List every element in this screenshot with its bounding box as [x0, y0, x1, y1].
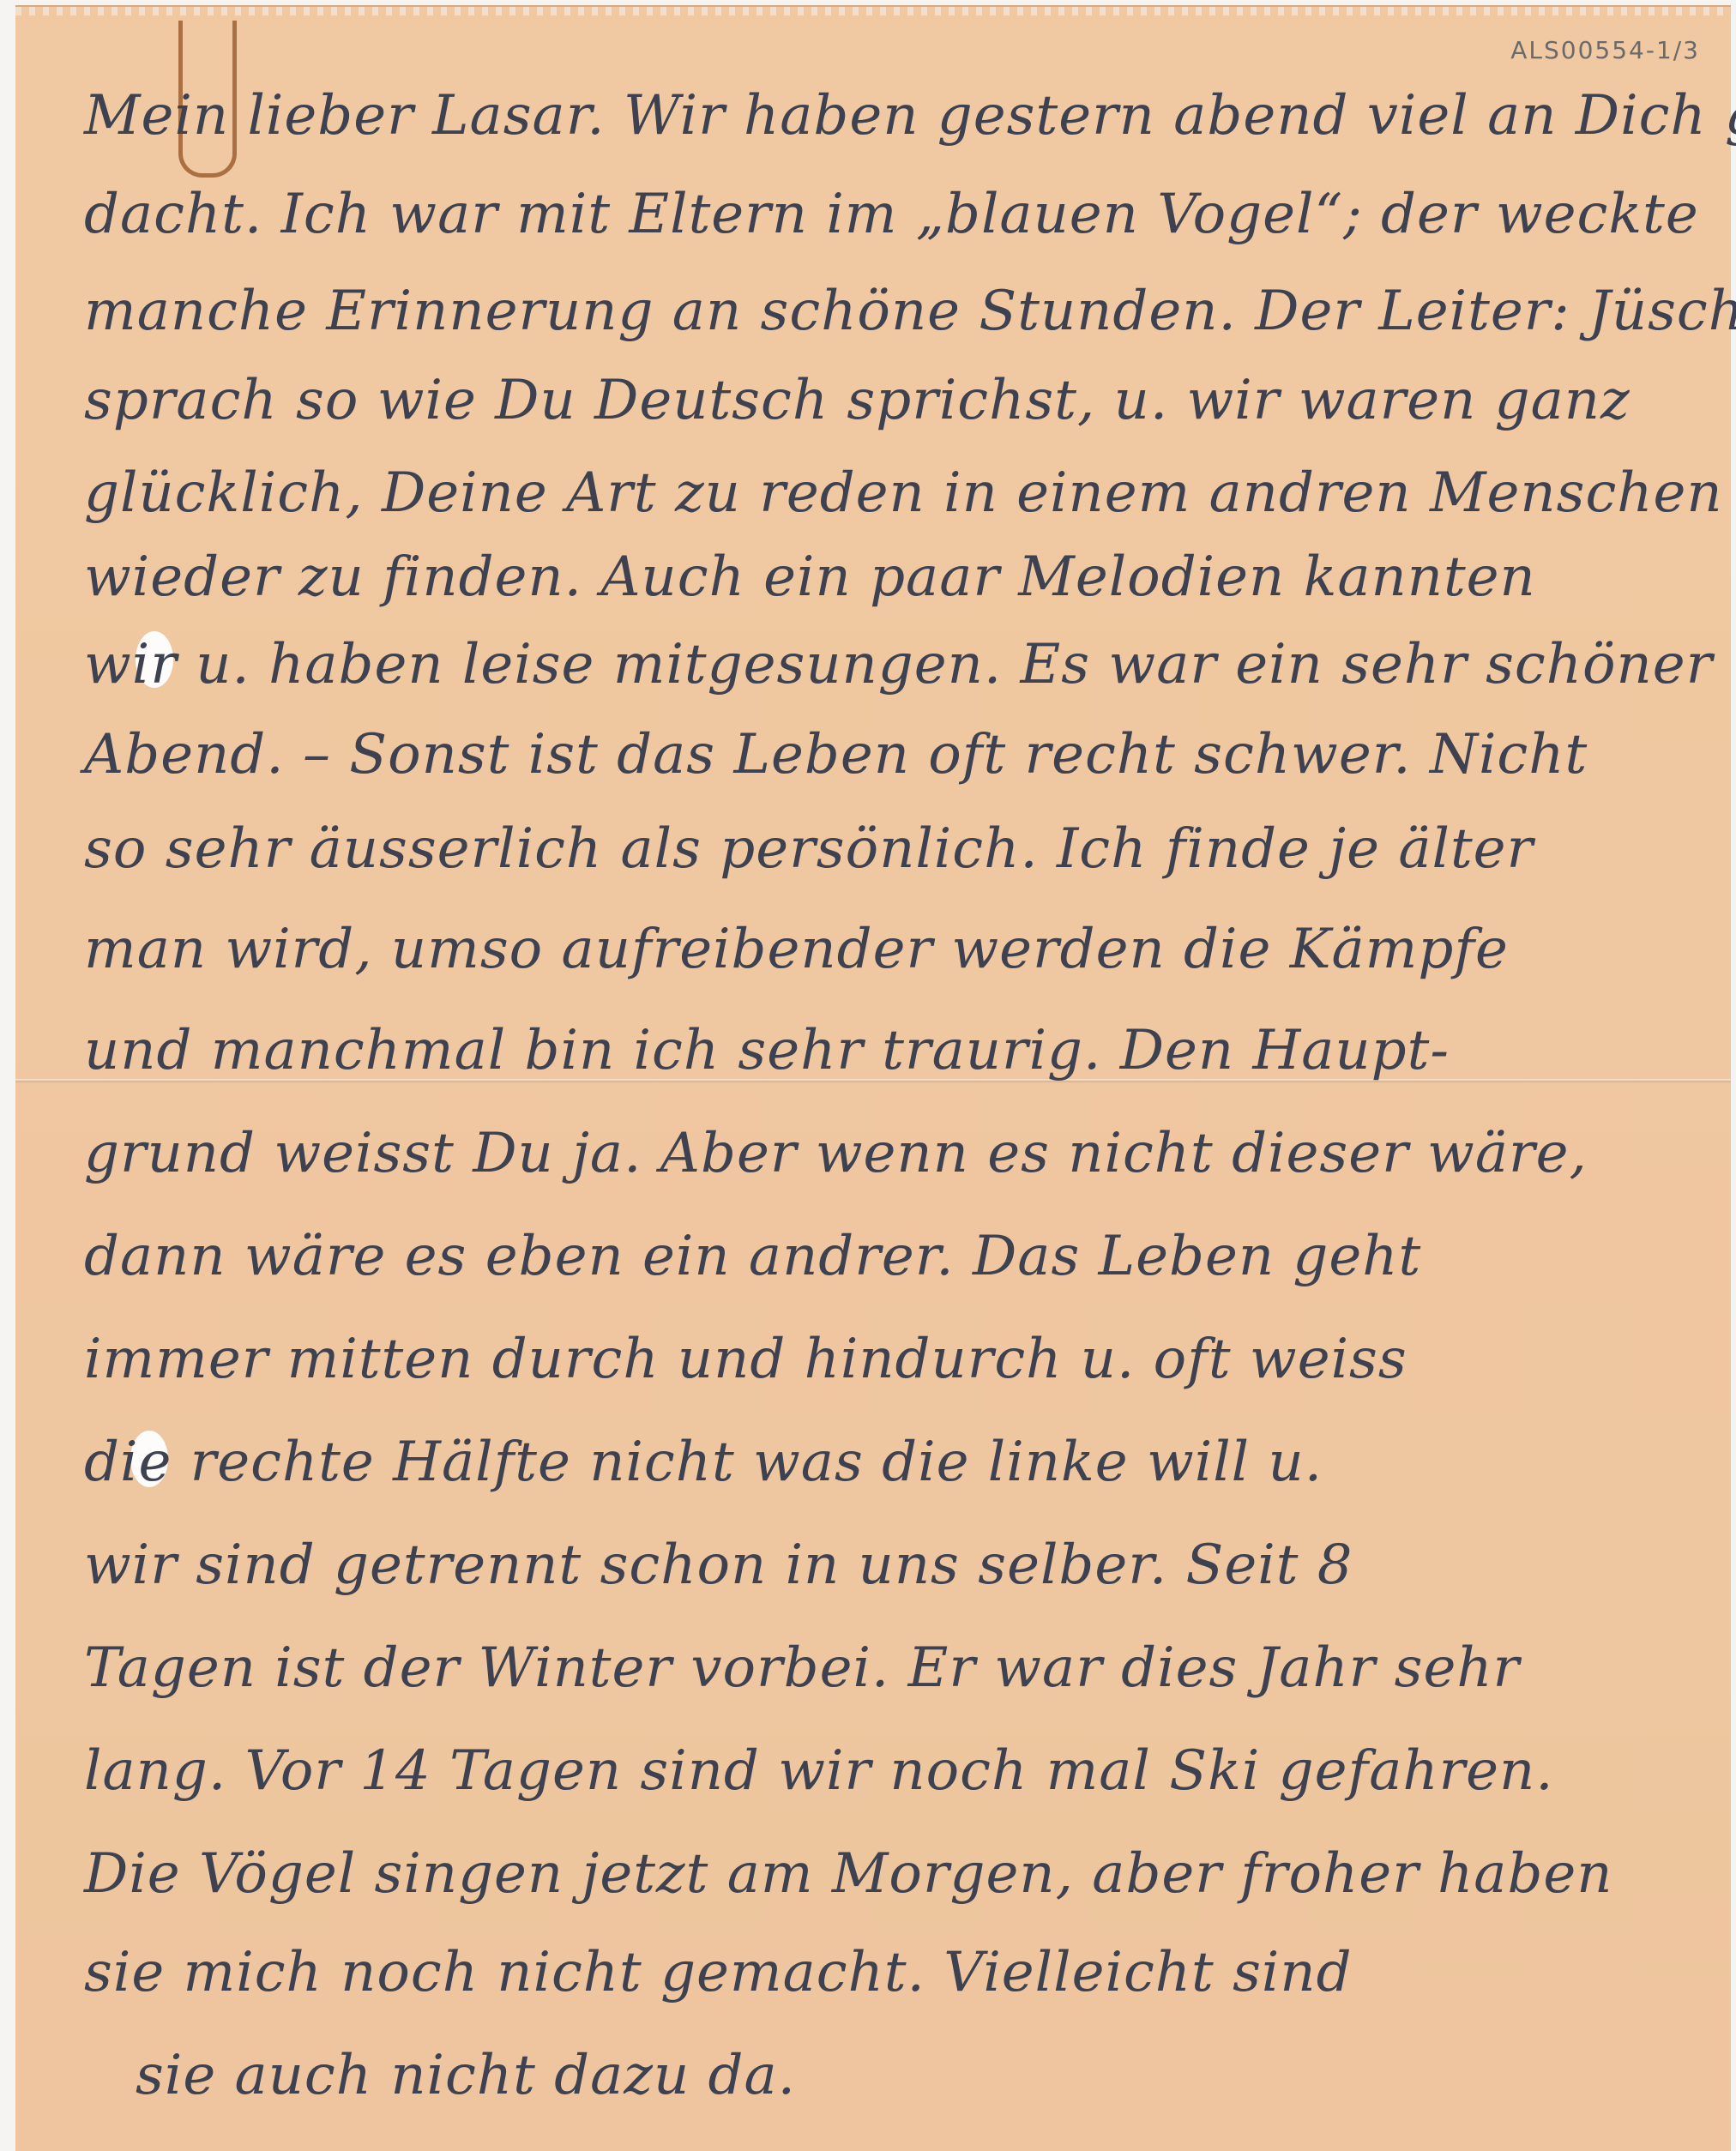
letter-line: sie auch nicht dazu da. — [136, 2044, 796, 2107]
letter-line: sprach so wie Du Deutsch sprichst, u. wi… — [84, 369, 1631, 432]
archive-id: ALS00554-1/3 — [1510, 36, 1700, 64]
letter-line: sie mich noch nicht gemacht. Vielleicht … — [84, 1941, 1353, 2004]
torn-edge — [15, 7, 1731, 15]
letter-line: immer mitten durch und hindurch u. oft w… — [84, 1328, 1407, 1391]
letter-line: lang. Vor 14 Tagen sind wir noch mal Ski… — [84, 1739, 1554, 1803]
letter-line: die rechte Hälfte nicht was die linke wi… — [84, 1431, 1323, 1494]
letter-line: Mein lieber Lasar. Wir haben gestern abe… — [84, 84, 1736, 148]
letter-line: wieder zu finden. Auch ein paar Melodien… — [84, 545, 1536, 609]
letter-line: so sehr äusserlich als persönlich. Ich f… — [84, 817, 1534, 881]
letter-line: dacht. Ich war mit Eltern im „blauen Vog… — [84, 183, 1699, 246]
letter-line: dann wäre es eben ein andrer. Das Leben … — [84, 1225, 1421, 1288]
letter-line: glücklich, Deine Art zu reden in einem a… — [84, 461, 1723, 525]
letter-line: und manchmal bin ich sehr traurig. Den H… — [84, 1019, 1450, 1082]
letter-line: wir u. haben leise mitgesungen. Es war e… — [84, 633, 1713, 696]
letter-line: wir sind getrennt schon in uns selber. S… — [84, 1533, 1353, 1597]
letter-line: Die Vögel singen jetzt am Morgen, aber f… — [84, 1842, 1613, 1906]
letter-line: man wird, umso aufreibender werden die K… — [84, 918, 1509, 981]
letter-page: ALS00554-1/3 Mein lieber Lasar. Wir habe… — [15, 5, 1731, 2151]
letter-line: grund weisst Du ja. Aber wenn es nicht d… — [84, 1122, 1588, 1185]
letter-line: Abend. – Sonst ist das Leben oft recht s… — [84, 723, 1588, 786]
letter-line: Tagen ist der Winter vorbei. Er war dies… — [84, 1636, 1520, 1700]
letter-line: manche Erinnerung an schöne Stunden. Der… — [84, 280, 1736, 343]
